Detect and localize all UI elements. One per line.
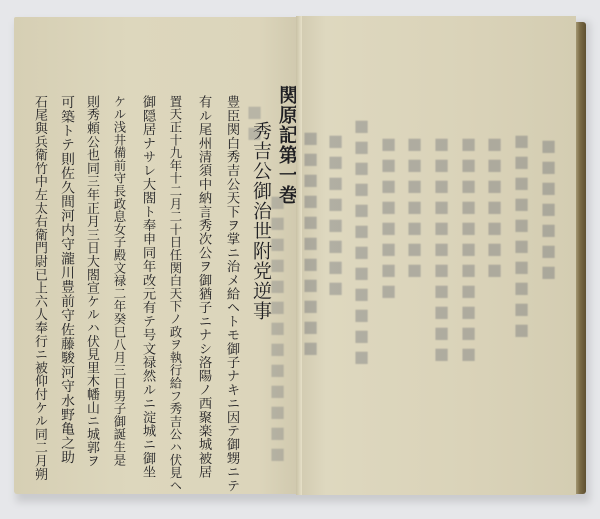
text-column: 有ル尾州清須中納言秀次公ヲ御猶子ニナシ洛陽ノ西聚楽城被居: [194, 95, 213, 479]
bleed-through-column: ■■■■■■■: [484, 134, 504, 281]
bleed-through-column: ■■■■■■■: [404, 134, 424, 281]
book-spine-fold: [296, 16, 302, 495]
bleed-through-column: ■■■■■■■■■■■: [458, 134, 478, 365]
bleed-through-column: ■■■■■■■■: [378, 134, 398, 302]
bleed-through-column: ■■■■■■■■■■■■: [351, 116, 371, 368]
text-column: 則秀頼公也同三年正月三日大閤宣ケルハ伏見里木幡山ニ城郭ヲ: [82, 95, 101, 467]
bleed-through-column: ■■■■■■■■: [325, 131, 345, 299]
text-column: 御隠居ナサレ大閤ト奉申同年改元有テ号文禄然ルニ淀城ニ御坐: [138, 95, 157, 479]
right-page: ■■■■■■■ ■■■■■■■■■■ ■■■■■■■ ■■■■■■■■■■■ ■…: [298, 16, 576, 495]
bleed-through-column: ■■■■■■■■■■■: [431, 134, 451, 365]
left-page: ■■■■■■■■■■■■■ ■■ 関原記第一巻 秀吉公御治世附党逆事 豊臣関白秀…: [14, 17, 302, 494]
text-column: 置天正十九年十二月二十日任関白天下ノ政ヲ執行給フ秀吉公ハ伏見ヘ: [166, 95, 185, 492]
text-column: 石尾與兵衛竹中左太右衛門尉已上六人奉行ニ被仰付ケル同二月朔: [30, 95, 49, 481]
text-column: 秀吉公御治世附党逆事: [250, 121, 272, 321]
text-column: ケル浅井備前守長政息女子殿文禄二年癸巳八月三日男子御誕生是: [110, 95, 129, 466]
bleed-through-column: ■■■■■■■■■■■: [300, 128, 320, 359]
text-column: 豊臣関白秀吉公天下ヲ掌ニ治メ給ヘトモ御子ナキニ因テ御甥ニテ: [222, 95, 241, 492]
text-column: 可築トテ則佐久間河内守瀧川豊前守佐藤駿河守水野亀之助: [56, 95, 75, 464]
bleed-through-column: ■■■■■■■■■■: [511, 131, 531, 341]
bleed-through-column: ■■■■■■■: [538, 136, 558, 283]
volume-title: 関原記第一巻: [276, 85, 298, 205]
